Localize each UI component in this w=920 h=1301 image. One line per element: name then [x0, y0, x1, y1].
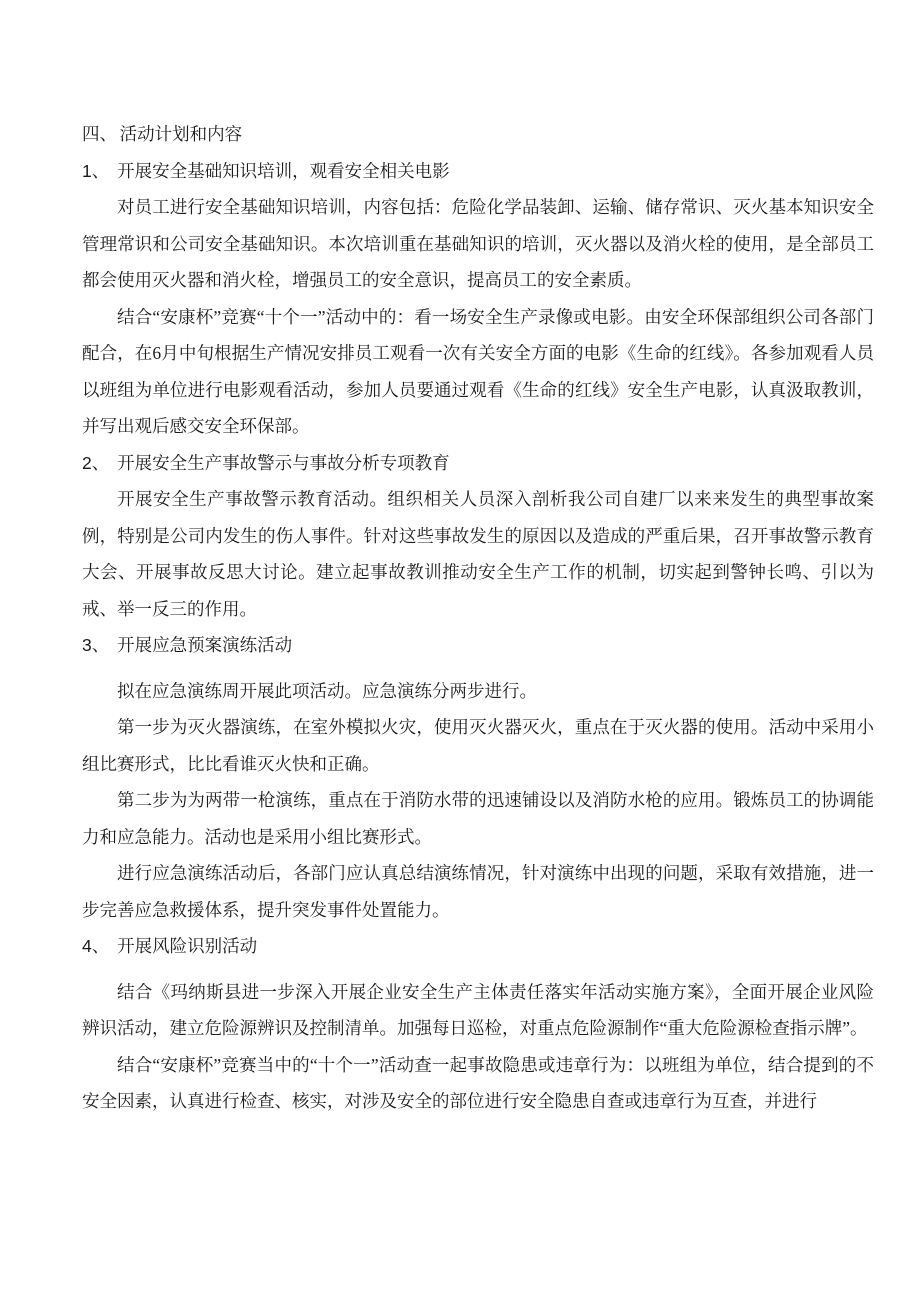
- subsection-heading-number: 1、: [82, 161, 109, 181]
- subsection-heading-4: 4、开展风险识别活动: [82, 928, 874, 965]
- paragraph-drill-step-1: 第一步为灭火器演练，在室外模拟火灾，使用灭火器灭火，重点在于灭火器的使用。活动中…: [82, 709, 874, 782]
- paragraph-drill-summary: 进行应急演练活动后，各部门应认真总结演练情况，针对演练中出现的问题，采取有效措施…: [82, 855, 874, 928]
- document-page: 四、活动计划和内容 1、开展安全基础知识培训，观看安全相关电影 对员工进行安全基…: [0, 0, 920, 1301]
- subsection-heading-text: 开展应急预案演练活动: [117, 635, 292, 655]
- subsection-heading-text: 开展安全生产事故警示与事故分析专项教育: [117, 453, 450, 473]
- subsection-heading-1: 1、开展安全基础知识培训，观看安全相关电影: [82, 153, 874, 190]
- paragraph-drill-step-2: 第二步为为两带一枪演练，重点在于消防水带的迅速铺设以及消防水枪的应用。锻炼员工的…: [82, 782, 874, 855]
- paragraph-risk-identification: 结合《玛纳斯县进一步深入开展企业安全生产主体责任落实年活动实施方案》，全面开展企…: [82, 974, 874, 1047]
- subsection-heading-number: 2、: [82, 453, 109, 473]
- paragraph-training-content: 对员工进行安全基础知识培训，内容包括：危险化学品装卸、运输、储存常识、灭火基本知…: [82, 189, 874, 299]
- subsection-heading-text: 开展安全基础知识培训，观看安全相关电影: [117, 161, 450, 181]
- paragraph-ankang-cup-movie: 结合“安康杯”竞赛“十个一”活动中的：看一场安全生产录像或电影。由安全环保部组织…: [82, 299, 874, 445]
- section-heading-4: 四、活动计划和内容: [82, 116, 874, 153]
- subsection-heading-number: 3、: [82, 635, 109, 655]
- subsection-heading-2: 2、开展安全生产事故警示与事故分析专项教育: [82, 445, 874, 482]
- section-heading-number: 四、: [82, 124, 117, 144]
- subsection-heading-number: 4、: [82, 936, 109, 956]
- paragraph-accident-warning-education: 开展安全生产事故警示教育活动。组织相关人员深入剖析我公司自建厂以来来发生的典型事…: [82, 481, 874, 627]
- subsection-heading-text: 开展风险识别活动: [117, 936, 257, 956]
- paragraph-drill-intro: 拟在应急演练周开展此项活动。应急演练分两步进行。: [82, 673, 874, 710]
- section-heading-text: 活动计划和内容: [120, 124, 243, 144]
- subsection-heading-3: 3、开展应急预案演练活动: [82, 627, 874, 664]
- paragraph-hazard-inspection: 结合“安康杯”竞赛当中的“十个一”活动查一起事故隐患或违章行为：以班组为单位，结…: [82, 1047, 874, 1120]
